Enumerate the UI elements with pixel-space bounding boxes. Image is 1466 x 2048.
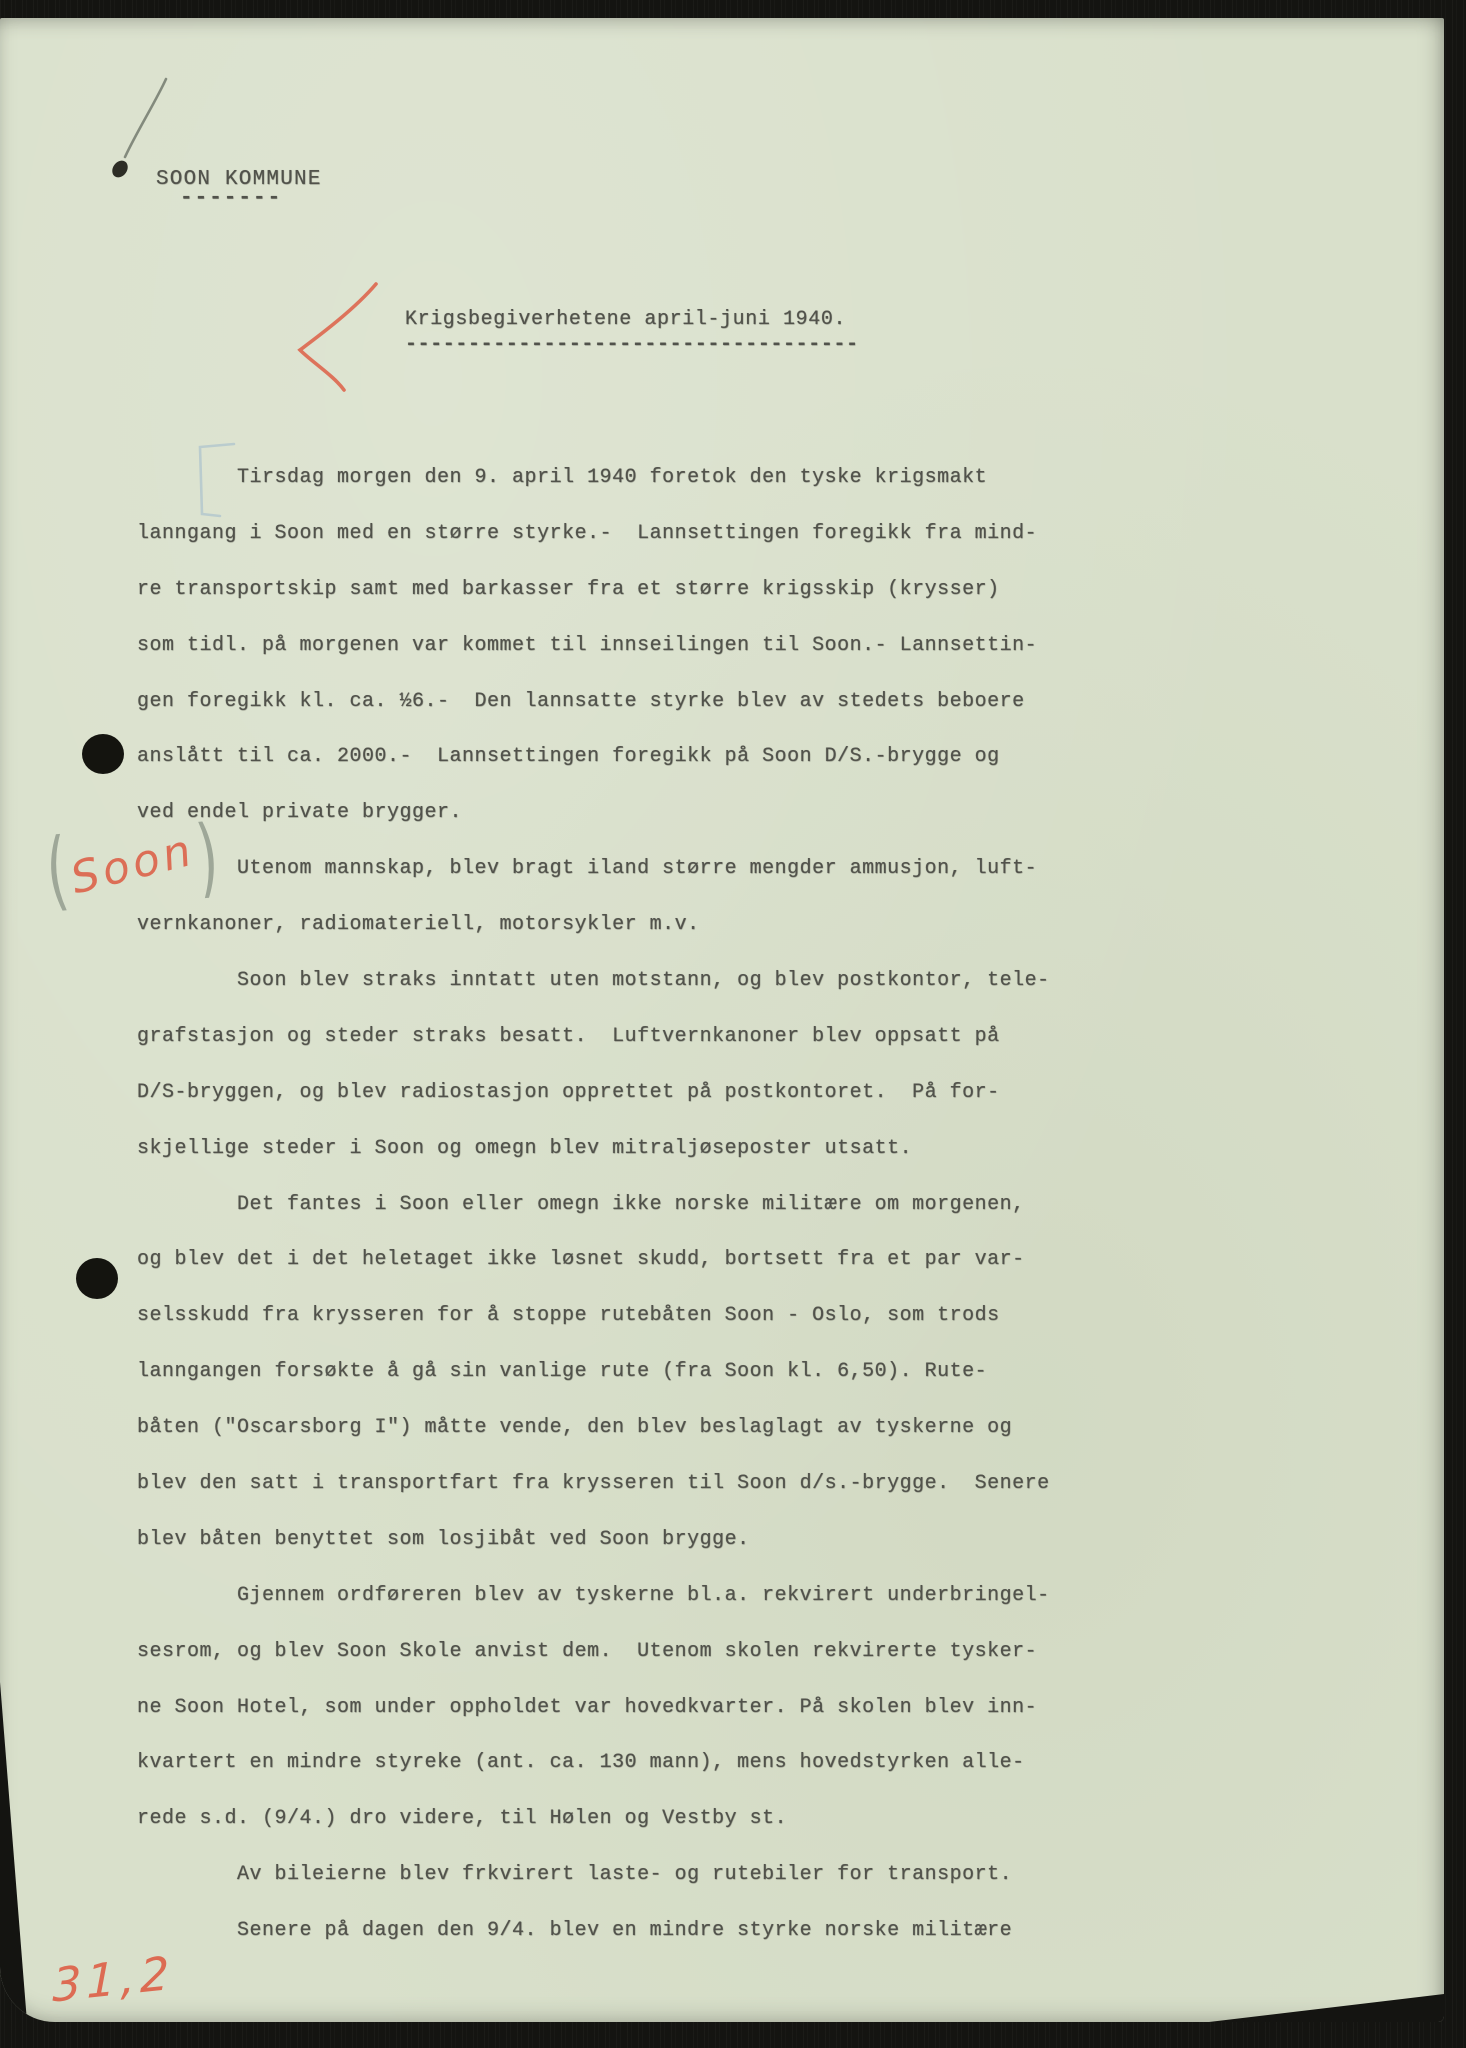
body-line: rede s.d. (9/4.) dro videre, til Hølen o… [137, 1791, 1177, 1847]
body-line: selsskudd fra krysseren for å stoppe rut… [137, 1288, 1177, 1344]
body-line: Soon blev straks inntatt uten motstann, … [137, 953, 1177, 1009]
body-line: ne Soon Hotel, som under oppholdet var h… [137, 1680, 1177, 1736]
body-line: anslått til ca. 2000.- Lannsettingen for… [137, 729, 1177, 785]
document-page: SOON KOMMUNE ------- Krigsbegiverhetene … [0, 18, 1444, 2022]
body-line: sesrom, og blev Soon Skole anvist dem. U… [137, 1624, 1177, 1680]
body-line: kvartert en mindre styreke (ant. ca. 130… [137, 1735, 1177, 1791]
body-line: som tidl. på morgenen var kommet til inn… [137, 618, 1177, 674]
body-line: Av bileierne blev frkvirert laste- og ru… [137, 1847, 1177, 1903]
document-title-block: Krigsbegiverhetene april-juni 1940. ----… [405, 308, 859, 356]
corner-cut [1209, 1994, 1444, 2022]
body-line: vernkanoner, radiomateriell, motorsykler… [137, 897, 1177, 953]
body-line: Tirsdag morgen den 9. april 1940 foretok… [137, 450, 1177, 506]
document-title: Krigsbegiverhetene april-juni 1940. [405, 308, 859, 331]
body-line: Utenom mannskap, blev bragt iland større… [137, 841, 1177, 897]
red-check-mark [288, 280, 388, 398]
body-line: lanngangen forsøkte å gå sin vanlige rut… [137, 1344, 1177, 1400]
body-line: blev båten benyttet som losjibåt ved Soo… [137, 1512, 1177, 1568]
body-line: ved endel private brygger. [137, 785, 1177, 841]
body-line: gen foregikk kl. ca. ½6.- Den lannsatte … [137, 674, 1177, 730]
page-header: SOON KOMMUNE ------- [156, 168, 322, 210]
document-title-underline: ------------------------------------ [405, 333, 859, 356]
margin-note-open-paren: ( [42, 820, 71, 921]
body-line: båten ("Oscarsborg I") måtte vende, den … [137, 1400, 1177, 1456]
body-line: grafstasjon og steder straks besatt. Luf… [137, 1009, 1177, 1065]
body-line: D/S-bryggen, og blev radiostasjon oppret… [137, 1065, 1177, 1121]
body-line: skjellige steder i Soon og omegn blev mi… [137, 1121, 1177, 1177]
body-line: Gjennem ordføreren blev av tyskerne bl.a… [137, 1568, 1177, 1624]
body-line: blev den satt i transportfart fra krysse… [137, 1456, 1177, 1512]
body-line: og blev det i det heletaget ikke løsnet … [137, 1232, 1177, 1288]
body-line: Det fantes i Soon eller omegn ikke norsk… [137, 1177, 1177, 1233]
body-line: re transportskip samt med barkasser fra … [137, 562, 1177, 618]
scan-background: SOON KOMMUNE ------- Krigsbegiverhetene … [0, 0, 1466, 2048]
body-line: lanngang i Soon med en større styrke.- L… [137, 506, 1177, 562]
body-text: Tirsdag morgen den 9. april 1940 foretok… [137, 450, 1177, 1959]
hole-punch-top [82, 734, 124, 774]
hole-punch-bottom [76, 1258, 118, 1299]
body-line: Senere på dagen den 9/4. blev en mindre … [137, 1903, 1177, 1959]
pencil-scribble-mark [100, 73, 180, 183]
page-number-note: 31,2 [52, 1945, 174, 2012]
scan-edge-wedge [0, 1682, 27, 2022]
